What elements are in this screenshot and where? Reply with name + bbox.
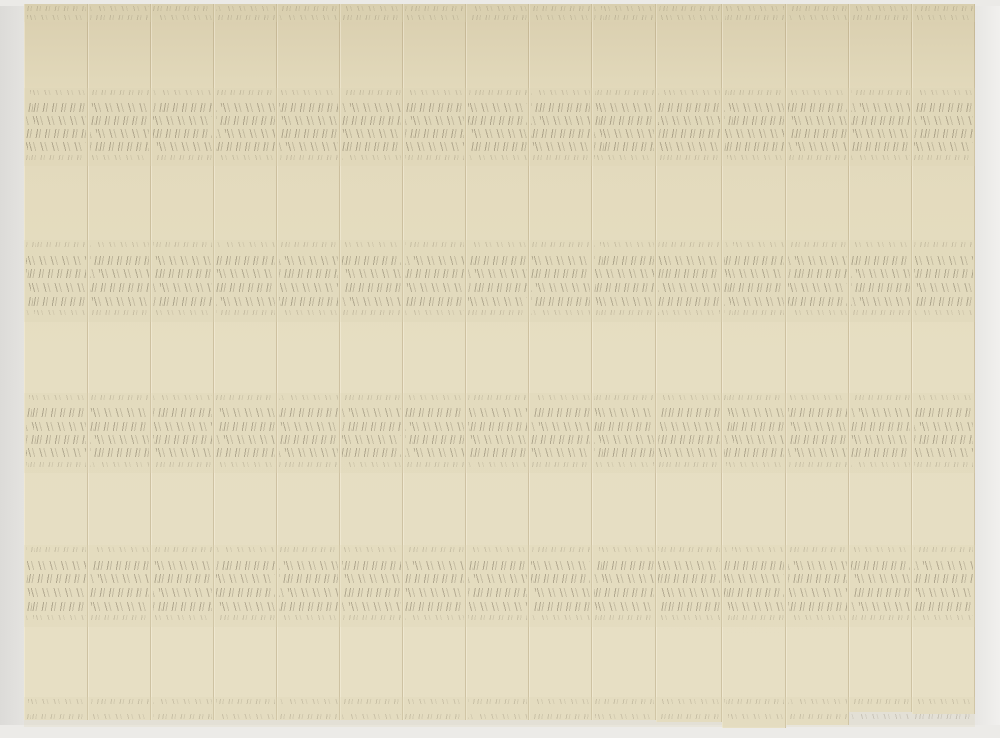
handwriting-line <box>342 256 401 265</box>
handwriting-line <box>594 395 654 400</box>
handwriting-line <box>594 116 654 125</box>
handwriting-line <box>658 547 720 552</box>
handwriting-line <box>279 588 338 597</box>
handwriting-line <box>914 574 973 583</box>
handwriting-line <box>90 103 149 112</box>
handwriting-line <box>851 435 910 444</box>
handwriting-line <box>851 310 910 315</box>
handwriting-line <box>90 297 149 306</box>
handwriting-line <box>90 561 149 570</box>
handwriting-bottom-strip <box>277 697 340 727</box>
handwriting-line <box>914 395 973 400</box>
handwriting-line <box>531 90 590 95</box>
handwriting-line <box>914 435 973 444</box>
handwriting-line <box>216 15 275 20</box>
handwriting-band-3 <box>849 393 912 473</box>
handwriting-line <box>788 408 847 417</box>
handwriting-line <box>279 561 338 570</box>
handwriting-band-2 <box>151 240 214 322</box>
handwriting-bottom-strip <box>849 697 912 727</box>
handwriting-line <box>531 15 590 20</box>
handwriting-line <box>594 422 654 431</box>
handwriting-line <box>724 588 784 597</box>
handwriting-line <box>658 256 720 265</box>
handwriting-line <box>914 297 973 306</box>
handwriting-line <box>724 142 784 151</box>
handwriting-line <box>594 448 654 457</box>
handwriting-line <box>914 269 973 278</box>
handwriting-line <box>405 142 464 151</box>
handwriting-line <box>468 269 527 278</box>
paper-panel-15 <box>912 4 975 714</box>
paper-panel-13 <box>786 4 849 725</box>
handwriting-line <box>788 242 847 247</box>
handwriting-line <box>658 90 720 95</box>
handwriting-line <box>851 561 910 570</box>
handwriting-line <box>788 116 847 125</box>
handwriting-line <box>26 574 86 583</box>
handwriting-line <box>531 699 590 704</box>
handwriting-line <box>26 90 86 95</box>
handwriting-line <box>342 408 401 417</box>
handwriting-line <box>153 699 212 704</box>
handwriting-band-2 <box>340 240 403 322</box>
handwriting-line <box>914 256 973 265</box>
handwriting-line <box>531 142 590 151</box>
handwriting-line <box>153 574 212 583</box>
handwriting-bottom-strip <box>403 697 466 727</box>
handwriting-line <box>658 297 720 306</box>
handwriting-line <box>724 561 784 570</box>
handwriting-line <box>468 15 527 20</box>
handwriting-line <box>405 462 464 467</box>
handwriting-line <box>658 448 720 457</box>
handwriting-line <box>279 242 338 247</box>
handwriting-line <box>342 297 401 306</box>
handwriting-band-1 <box>24 88 88 166</box>
handwriting-line <box>26 714 86 719</box>
handwriting-band-2 <box>466 240 529 322</box>
handwriting-line <box>216 422 275 431</box>
handwriting-line <box>90 462 149 467</box>
handwriting-line <box>216 602 275 611</box>
handwriting-line <box>658 462 720 467</box>
handwriting-line <box>851 103 910 112</box>
handwriting-line <box>90 714 149 719</box>
handwriting-line <box>468 297 527 306</box>
handwriting-line <box>788 310 847 315</box>
handwriting-line <box>90 435 149 444</box>
handwriting-line <box>216 547 275 552</box>
handwriting-line <box>153 155 212 160</box>
handwriting-band-4 <box>403 545 466 627</box>
handwriting-line <box>342 462 401 467</box>
handwriting-line <box>851 408 910 417</box>
handwriting-line <box>342 103 401 112</box>
handwriting-line <box>658 116 720 125</box>
handwriting-line <box>594 714 654 719</box>
handwriting-line <box>342 116 401 125</box>
handwriting-line <box>531 462 590 467</box>
paper-panel-4 <box>214 4 277 720</box>
handwriting-band-1 <box>88 88 151 166</box>
handwriting-line <box>342 574 401 583</box>
handwriting-band-2 <box>912 240 975 322</box>
handwriting-line <box>788 448 847 457</box>
handwriting-line <box>279 602 338 611</box>
handwriting-line <box>531 116 590 125</box>
handwriting-band-4 <box>151 545 214 627</box>
handwriting-line <box>531 242 590 247</box>
handwriting-line <box>658 714 720 719</box>
handwriting-line <box>153 142 212 151</box>
handwriting-line <box>279 462 338 467</box>
handwriting-line <box>594 408 654 417</box>
handwriting-line <box>153 422 212 431</box>
handwriting-line <box>531 395 590 400</box>
handwriting-line <box>914 90 973 95</box>
handwriting-top-strip <box>151 4 214 22</box>
handwriting-line <box>594 129 654 138</box>
handwriting-line <box>531 588 590 597</box>
handwriting-line <box>279 90 338 95</box>
handwriting-line <box>724 297 784 306</box>
handwriting-line <box>724 547 784 552</box>
handwriting-band-3 <box>529 393 592 473</box>
handwriting-line <box>788 588 847 597</box>
handwriting-line <box>914 714 973 719</box>
handwriting-line <box>90 256 149 265</box>
handwriting-line <box>531 129 590 138</box>
handwriting-band-3 <box>656 393 722 473</box>
handwriting-band-3 <box>88 393 151 473</box>
handwriting-line <box>594 547 654 552</box>
handwriting-line <box>405 448 464 457</box>
handwriting-line <box>26 615 86 620</box>
handwriting-bottom-strip <box>592 697 656 727</box>
handwriting-band-3 <box>786 393 849 473</box>
handwriting-top-strip <box>786 4 849 22</box>
handwriting-line <box>405 395 464 400</box>
handwriting-line <box>216 116 275 125</box>
handwriting-top-strip <box>214 4 277 22</box>
handwriting-line <box>531 408 590 417</box>
handwriting-band-3 <box>340 393 403 473</box>
handwriting-line <box>658 435 720 444</box>
handwriting-line <box>658 103 720 112</box>
handwriting-line <box>851 602 910 611</box>
handwriting-line <box>851 462 910 467</box>
handwriting-top-strip <box>24 4 88 22</box>
handwriting-bottom-strip <box>214 697 277 727</box>
handwriting-line <box>405 422 464 431</box>
handwriting-line <box>153 256 212 265</box>
handwriting-band-2 <box>88 240 151 322</box>
handwriting-line <box>788 435 847 444</box>
handwriting-bottom-strip <box>786 697 849 727</box>
handwriting-band-3 <box>214 393 277 473</box>
handwriting-bottom-strip <box>466 697 529 727</box>
handwriting-line <box>724 103 784 112</box>
handwriting-line <box>342 714 401 719</box>
handwriting-line <box>216 714 275 719</box>
handwriting-line <box>788 561 847 570</box>
handwriting-line <box>90 408 149 417</box>
handwriting-line <box>788 422 847 431</box>
handwriting-band-4 <box>340 545 403 627</box>
handwriting-line <box>216 462 275 467</box>
handwriting-line <box>26 310 86 315</box>
handwriting-line <box>594 256 654 265</box>
handwriting-line <box>914 103 973 112</box>
handwriting-band-3 <box>592 393 656 473</box>
handwriting-line <box>90 448 149 457</box>
handwriting-line <box>851 395 910 400</box>
handwriting-top-strip <box>592 4 656 22</box>
handwriting-line <box>851 155 910 160</box>
paper-panel-2 <box>88 4 151 720</box>
handwriting-line <box>658 129 720 138</box>
handwriting-line <box>914 310 973 315</box>
handwriting-line <box>153 242 212 247</box>
handwriting-line <box>468 256 527 265</box>
handwriting-line <box>531 256 590 265</box>
handwriting-line <box>531 547 590 552</box>
handwriting-line <box>658 283 720 292</box>
handwriting-line <box>594 561 654 570</box>
handwriting-line <box>342 283 401 292</box>
handwriting-line <box>90 129 149 138</box>
handwriting-line <box>724 242 784 247</box>
handwriting-bottom-strip <box>912 697 975 727</box>
handwriting-line <box>468 435 527 444</box>
handwriting-line <box>914 283 973 292</box>
handwriting-line <box>405 155 464 160</box>
handwriting-line <box>531 103 590 112</box>
handwriting-line <box>90 547 149 552</box>
handwriting-line <box>468 242 527 247</box>
handwriting-band-1 <box>529 88 592 166</box>
handwriting-line <box>531 269 590 278</box>
handwriting-line <box>914 615 973 620</box>
handwriting-band-2 <box>722 240 786 322</box>
handwriting-band-1 <box>722 88 786 166</box>
handwriting-line <box>914 422 973 431</box>
handwriting-line <box>468 283 527 292</box>
handwriting-line <box>90 155 149 160</box>
handwriting-line <box>914 547 973 552</box>
handwriting-line <box>468 561 527 570</box>
handwriting-line <box>90 395 149 400</box>
handwriting-line <box>216 574 275 583</box>
handwriting-line <box>468 6 527 11</box>
handwriting-band-4 <box>529 545 592 627</box>
handwriting-line <box>788 6 847 11</box>
handwriting-line <box>531 297 590 306</box>
handwriting-line <box>216 395 275 400</box>
handwriting-line <box>216 297 275 306</box>
handwriting-line <box>788 15 847 20</box>
handwriting-line <box>90 242 149 247</box>
handwriting-line <box>216 408 275 417</box>
handwriting-line <box>26 422 86 431</box>
handwriting-line <box>90 699 149 704</box>
handwriting-line <box>342 155 401 160</box>
handwriting-line <box>26 588 86 597</box>
handwriting-line <box>216 448 275 457</box>
handwriting-line <box>216 269 275 278</box>
handwriting-line <box>788 699 847 704</box>
handwriting-line <box>342 129 401 138</box>
paper-panel-14 <box>849 4 912 712</box>
handwriting-line <box>724 283 784 292</box>
handwriting-line <box>90 422 149 431</box>
handwriting-line <box>788 103 847 112</box>
handwriting-line <box>342 699 401 704</box>
handwriting-bottom-strip <box>24 697 88 727</box>
handwriting-line <box>153 547 212 552</box>
handwriting-line <box>788 395 847 400</box>
handwriting-top-strip <box>403 4 466 22</box>
handwriting-line <box>914 6 973 11</box>
handwriting-band-3 <box>722 393 786 473</box>
handwriting-line <box>658 142 720 151</box>
handwriting-line <box>26 242 86 247</box>
handwriting-line <box>594 699 654 704</box>
handwriting-line <box>405 297 464 306</box>
handwriting-line <box>724 448 784 457</box>
handwriting-line <box>788 574 847 583</box>
handwriting-line <box>216 256 275 265</box>
handwriting-line <box>216 242 275 247</box>
handwriting-line <box>468 462 527 467</box>
handwriting-band-3 <box>24 393 88 473</box>
handwriting-line <box>26 602 86 611</box>
handwriting-band-3 <box>403 393 466 473</box>
handwriting-line <box>724 462 784 467</box>
handwriting-line <box>914 242 973 247</box>
handwriting-line <box>914 116 973 125</box>
paper-panel-7 <box>403 4 466 720</box>
paper-panel-5 <box>277 4 340 720</box>
handwriting-line <box>405 547 464 552</box>
handwriting-line <box>658 588 720 597</box>
handwriting-line <box>26 6 86 11</box>
handwriting-band-1 <box>403 88 466 166</box>
handwriting-band-4 <box>88 545 151 627</box>
handwriting-line <box>851 283 910 292</box>
handwriting-line <box>658 242 720 247</box>
handwriting-line <box>279 310 338 315</box>
handwriting-line <box>153 90 212 95</box>
handwriting-line <box>851 448 910 457</box>
handwriting-line <box>279 116 338 125</box>
gallery-wall-left <box>0 0 24 738</box>
handwriting-line <box>26 142 86 151</box>
handwriting-line <box>153 269 212 278</box>
handwriting-line <box>724 90 784 95</box>
handwriting-line <box>658 422 720 431</box>
handwriting-top-strip <box>849 4 912 22</box>
handwriting-line <box>914 15 973 20</box>
handwriting-line <box>724 155 784 160</box>
handwriting-line <box>851 699 910 704</box>
handwriting-line <box>724 6 784 11</box>
handwriting-line <box>26 448 86 457</box>
handwriting-line <box>26 103 86 112</box>
handwriting-line <box>216 561 275 570</box>
handwriting-line <box>342 395 401 400</box>
handwriting-line <box>788 714 847 719</box>
handwriting-line <box>216 6 275 11</box>
handwriting-line <box>658 310 720 315</box>
handwriting-line <box>26 435 86 444</box>
handwriting-line <box>851 588 910 597</box>
handwriting-top-strip <box>529 4 592 22</box>
handwriting-line <box>279 448 338 457</box>
handwriting-line <box>724 408 784 417</box>
handwriting-line <box>342 435 401 444</box>
handwriting-line <box>851 422 910 431</box>
handwriting-line <box>531 574 590 583</box>
handwriting-line <box>279 699 338 704</box>
handwriting-line <box>90 90 149 95</box>
handwriting-band-2 <box>403 240 466 322</box>
handwriting-line <box>342 242 401 247</box>
handwriting-line <box>342 15 401 20</box>
handwriting-line <box>788 462 847 467</box>
handwriting-line <box>851 15 910 20</box>
handwriting-line <box>26 547 86 552</box>
handwriting-line <box>90 116 149 125</box>
handwriting-line <box>658 6 720 11</box>
handwriting-line <box>342 602 401 611</box>
handwriting-top-strip <box>88 4 151 22</box>
handwriting-line <box>342 269 401 278</box>
handwriting-band-4 <box>849 545 912 627</box>
handwriting-line <box>26 256 86 265</box>
handwriting-band-2 <box>786 240 849 322</box>
handwriting-line <box>342 561 401 570</box>
handwriting-band-2 <box>214 240 277 322</box>
handwriting-line <box>468 714 527 719</box>
handwriting-line <box>531 448 590 457</box>
handwriting-band-1 <box>912 88 975 166</box>
handwriting-band-3 <box>277 393 340 473</box>
handwriting-line <box>90 6 149 11</box>
handwriting-line <box>342 6 401 11</box>
handwriting-line <box>468 699 527 704</box>
handwriting-line <box>851 116 910 125</box>
handwriting-band-1 <box>466 88 529 166</box>
paper-panel-11 <box>656 4 722 722</box>
paper-panel-9 <box>529 4 592 720</box>
handwriting-line <box>658 408 720 417</box>
handwriting-line <box>405 714 464 719</box>
handwriting-line <box>468 547 527 552</box>
handwriting-line <box>788 129 847 138</box>
handwriting-line <box>594 602 654 611</box>
handwriting-line <box>405 103 464 112</box>
handwriting-line <box>468 448 527 457</box>
handwriting-band-2 <box>24 240 88 322</box>
handwriting-line <box>153 602 212 611</box>
handwriting-line <box>594 242 654 247</box>
handwriting-line <box>851 297 910 306</box>
handwriting-line <box>342 588 401 597</box>
handwriting-line <box>153 588 212 597</box>
handwriting-line <box>405 435 464 444</box>
